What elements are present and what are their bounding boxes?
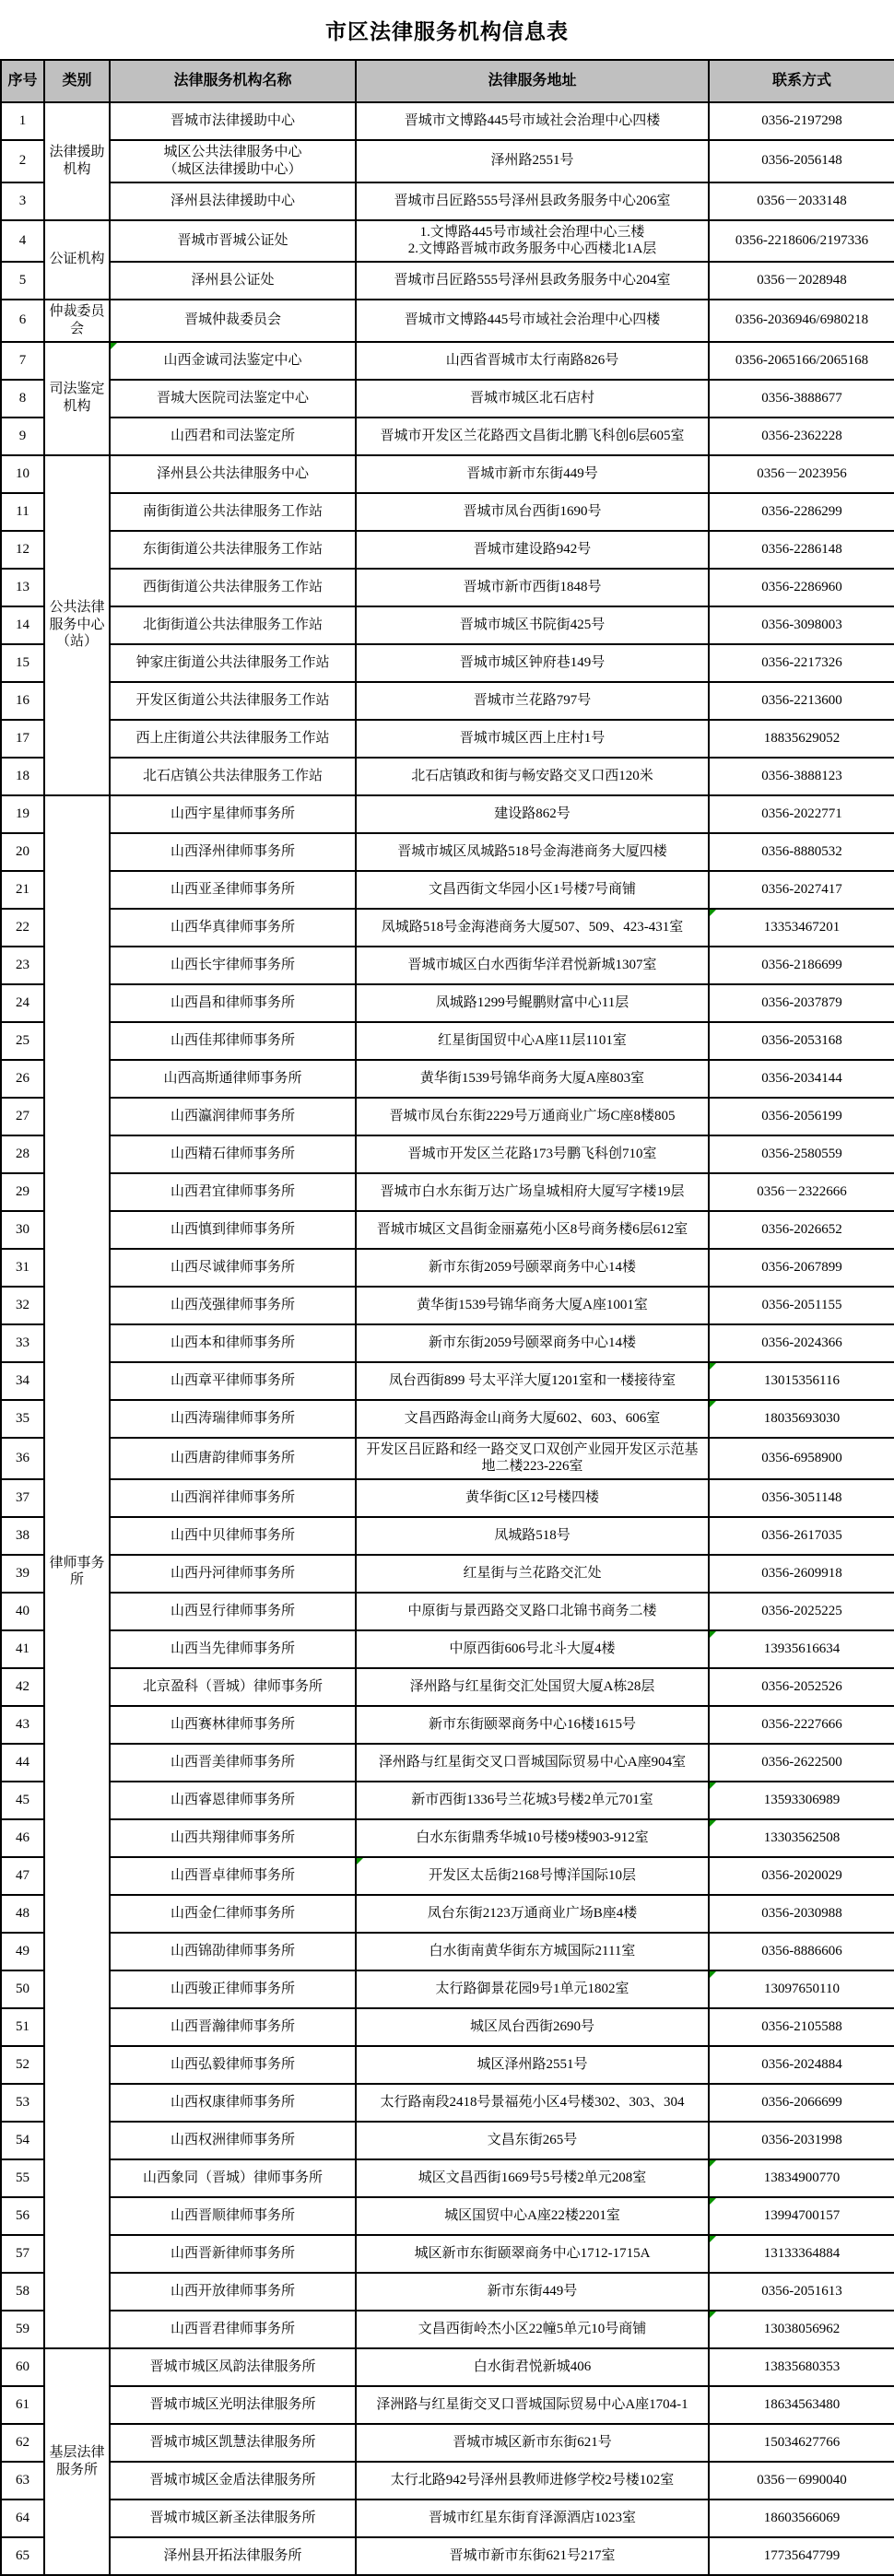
- cell-no: 64: [1, 2500, 44, 2537]
- cell-address: 新市东街449号: [356, 2273, 709, 2311]
- table-row: 44山西晋美律师事务所泽州路与红星街交叉口晋城国际贸易中心A座904室0356-…: [1, 1744, 894, 1782]
- cell-name: 山西晋顺律师事务所: [110, 2197, 356, 2235]
- green-corner-marker: [357, 1858, 363, 1864]
- cell-address: 开发区太岳街2168号博洋国际10层: [356, 1857, 709, 1895]
- cell-address: 泽州路与红星街交汇处国贸大厦A栋28层: [356, 1668, 709, 1706]
- cell-address: 泽洲路与红星街交叉口晋城国际贸易中心A座1704-1: [356, 2386, 709, 2424]
- cell-address: 晋城市新市西街1848号: [356, 569, 709, 606]
- cell-phone: 0356-2031998: [709, 2122, 894, 2159]
- cell-phone: 0356-8886606: [709, 1933, 894, 1970]
- table-row: 55山西象同（晋城）律师事务所城区文昌西街1669号5号楼2单元208室1383…: [1, 2159, 894, 2197]
- cell-address: 晋城市凤台东街2229号万通商业广场C座8楼805: [356, 1098, 709, 1135]
- table-row: 64晋城市城区新圣法律服务所晋城市红星东街育泽源酒店1023室186035660…: [1, 2500, 894, 2537]
- col-header-address: 法律服务地址: [356, 60, 709, 102]
- cell-name: 山西瀛润律师事务所: [110, 1098, 356, 1135]
- table-row: 17西上庄街道公共法律服务工作站晋城市城区西上庄村1号18835629052: [1, 720, 894, 758]
- cell-phone: 18035693030: [709, 1400, 894, 1438]
- cell-name: 西上庄街道公共法律服务工作站: [110, 720, 356, 758]
- cell-address: 新市东街2059号颐翠商务中心14楼: [356, 1324, 709, 1362]
- cell-no: 35: [1, 1400, 44, 1438]
- cell-address: 晋城市开发区兰花路173号鹏飞科创710室: [356, 1135, 709, 1173]
- cell-no: 62: [1, 2424, 44, 2462]
- cell-name: 北街街道公共法律服务工作站: [110, 606, 356, 644]
- cell-address: 晋城市红星东街育泽源酒店1023室: [356, 2500, 709, 2537]
- cell-name: 山西权洲律师事务所: [110, 2122, 356, 2159]
- table-row: 15钟家庄街道公共法律服务工作站晋城市城区钟府巷149号0356-2217326: [1, 644, 894, 682]
- cell-phone: 18835629052: [709, 720, 894, 758]
- cell-category: 仲裁委员会: [44, 300, 110, 342]
- green-corner-marker: [710, 2311, 716, 2318]
- cell-no: 30: [1, 1211, 44, 1249]
- cell-no: 55: [1, 2159, 44, 2197]
- green-corner-marker: [710, 2160, 716, 2167]
- cell-no: 21: [1, 871, 44, 909]
- cell-no: 10: [1, 455, 44, 493]
- cell-no: 63: [1, 2462, 44, 2500]
- cell-category: 公证机构: [44, 220, 110, 300]
- table-row: 29山西君宜律师事务所晋城市白水东街万达广场皇城相府大厦写字楼19层0356－2…: [1, 1173, 894, 1211]
- table-body: 1法律援助机构晋城市法律援助中心晋城市文博路445号市域社会治理中心四楼0356…: [1, 102, 894, 2575]
- cell-phone: 0356-2213600: [709, 682, 894, 720]
- cell-no: 9: [1, 418, 44, 455]
- cell-category: 律师事务所: [44, 795, 110, 2349]
- col-header-no: 序号: [1, 60, 44, 102]
- cell-name: 山西金仁律师事务所: [110, 1895, 356, 1933]
- cell-no: 54: [1, 2122, 44, 2159]
- cell-no: 46: [1, 1819, 44, 1857]
- cell-no: 56: [1, 2197, 44, 2235]
- green-corner-marker: [710, 1782, 716, 1789]
- table-row: 27山西瀛润律师事务所晋城市凤台东街2229号万通商业广场C座8楼8050356…: [1, 1098, 894, 1135]
- cell-address: 城区泽州路2551号: [356, 2046, 709, 2084]
- cell-name: 泽州县公证处: [110, 262, 356, 300]
- table-row: 34山西章平律师事务所凤台西街899 号太平洋大厦1201室和一楼接待室1301…: [1, 1362, 894, 1400]
- cell-address: 凤台西街899 号太平洋大厦1201室和一楼接待室: [356, 1362, 709, 1400]
- cell-phone: 18634563480: [709, 2386, 894, 2424]
- cell-phone: 0356-2056199: [709, 1098, 894, 1135]
- cell-name: 北石店镇公共法律服务工作站: [110, 758, 356, 795]
- table-row: 22山西华真律师事务所凤城路518号金海港商务大厦507、509、423-431…: [1, 909, 894, 947]
- cell-no: 2: [1, 140, 44, 182]
- cell-phone: 13593306989: [709, 1782, 894, 1819]
- table-row: 42北京盈科（晋城）律师事务所泽州路与红星街交汇处国贸大厦A栋28层0356-2…: [1, 1668, 894, 1706]
- cell-address: 晋城市兰花路797号: [356, 682, 709, 720]
- table-row: 28山西精石律师事务所晋城市开发区兰花路173号鹏飞科创710室0356-258…: [1, 1135, 894, 1173]
- cell-phone: 0356-2227666: [709, 1706, 894, 1744]
- table-row: 45山西睿恩律师事务所新市西街1336号兰花城3号楼2单元701室1359330…: [1, 1782, 894, 1819]
- cell-name: 山西晋美律师事务所: [110, 1744, 356, 1782]
- cell-no: 27: [1, 1098, 44, 1135]
- table-row: 36山西唐韵律师事务所开发区吕匠路和经一路交叉口双创产业园开发区示范基地二楼22…: [1, 1438, 894, 1480]
- cell-no: 61: [1, 2386, 44, 2424]
- cell-phone: 0356-2286148: [709, 531, 894, 569]
- cell-address: 晋城市吕匠路555号泽州县政务服务中心206室: [356, 182, 709, 220]
- cell-phone: 13353467201: [709, 909, 894, 947]
- cell-no: 17: [1, 720, 44, 758]
- cell-name: 开发区街道公共法律服务工作站: [110, 682, 356, 720]
- cell-no: 28: [1, 1135, 44, 1173]
- cell-phone: 0356-2034144: [709, 1060, 894, 1098]
- cell-name: 山西君和司法鉴定所: [110, 418, 356, 455]
- cell-name: 晋城市城区光明法律服务所: [110, 2386, 356, 2424]
- cell-address: 晋城市凤台西街1690号: [356, 493, 709, 531]
- cell-no: 33: [1, 1324, 44, 1362]
- table-row: 58山西开放律师事务所新市东街449号0356-2051613: [1, 2273, 894, 2311]
- cell-no: 59: [1, 2311, 44, 2348]
- cell-name: 南街街道公共法律服务工作站: [110, 493, 356, 531]
- cell-address: 晋城市城区凤城路518号金海港商务大厦四楼: [356, 833, 709, 871]
- cell-phone: 0356-6958900: [709, 1438, 894, 1480]
- cell-name: 山西长宇律师事务所: [110, 947, 356, 984]
- table-row: 41山西当先律师事务所中原西街606号北斗大厦4楼13935616634: [1, 1630, 894, 1668]
- cell-address: 晋城市新市东街621号217室: [356, 2537, 709, 2575]
- legal-services-table: 序号 类别 法律服务机构名称 法律服务地址 联系方式 1法律援助机构晋城市法律援…: [0, 59, 894, 2576]
- table-row: 25山西佳邦律师事务所红星街国贸中心A座11层1101室0356-2053168: [1, 1022, 894, 1060]
- cell-name: 山西共翔律师事务所: [110, 1819, 356, 1857]
- cell-address: 黄华街1539号锦华商务大厦A座1001室: [356, 1287, 709, 1324]
- table-row: 39山西丹河律师事务所红星街与兰花路交汇处0356-2609918: [1, 1555, 894, 1593]
- table-row: 48山西金仁律师事务所凤台东街2123万通商业广场B座4楼0356-203098…: [1, 1895, 894, 1933]
- cell-address: 太行北路942号泽州县教师进修学校2号楼102室: [356, 2462, 709, 2500]
- green-corner-marker: [710, 2236, 716, 2242]
- table-row: 43山西赛林律师事务所新市东街颐翠商务中心16楼1615号0356-222766…: [1, 1706, 894, 1744]
- table-row: 16开发区街道公共法律服务工作站晋城市兰花路797号0356-2213600: [1, 682, 894, 720]
- cell-phone: 13834900770: [709, 2159, 894, 2197]
- cell-no: 1: [1, 102, 44, 140]
- cell-address: 城区文昌西街1669号5号楼2单元208室: [356, 2159, 709, 2197]
- cell-name: 山西宇星律师事务所: [110, 795, 356, 833]
- cell-address: 1.文博路445号市域社会治理中心三楼 2.文博路晋城市政务服务中心西楼北1A层: [356, 220, 709, 263]
- cell-address: 黄华街1539号锦华商务大厦A座803室: [356, 1060, 709, 1098]
- table-row: 10公共法律服务中心（站）泽州县公共法律服务中心晋城市新市东街449号0356－…: [1, 455, 894, 493]
- table-row: 18北石店镇公共法律服务工作站北石店镇政和街与畅安路交叉口西120米0356-3…: [1, 758, 894, 795]
- green-corner-marker: [710, 1401, 716, 1407]
- cell-address: 晋城市城区文昌街金丽嘉苑小区8号商务楼6层612室: [356, 1211, 709, 1249]
- cell-phone: 0356-2051613: [709, 2273, 894, 2311]
- cell-name: 山西茂强律师事务所: [110, 1287, 356, 1324]
- table-row: 62晋城市城区凯慧法律服务所晋城市城区新市东街621号15034627766: [1, 2424, 894, 2462]
- table-row: 9山西君和司法鉴定所晋城市开发区兰花路西文昌街北鹏飞科创6层605室0356-2…: [1, 418, 894, 455]
- cell-address: 新市西街1336号兰花城3号楼2单元701室: [356, 1782, 709, 1819]
- cell-no: 4: [1, 220, 44, 263]
- cell-no: 39: [1, 1555, 44, 1593]
- cell-no: 7: [1, 342, 44, 380]
- cell-name: 山西象同（晋城）律师事务所: [110, 2159, 356, 2197]
- cell-no: 12: [1, 531, 44, 569]
- cell-phone: 0356-2027417: [709, 871, 894, 909]
- cell-phone: 0356－2023956: [709, 455, 894, 493]
- cell-phone: 0356-2036946/6980218: [709, 300, 894, 342]
- cell-name: 山西昌和律师事务所: [110, 984, 356, 1022]
- table-row: 11南街街道公共法律服务工作站晋城市凤台西街1690号0356-2286299: [1, 493, 894, 531]
- cell-no: 48: [1, 1895, 44, 1933]
- cell-phone: 0356-2617035: [709, 1517, 894, 1555]
- table-row: 7司法鉴定机构山西金诚司法鉴定中心山西省晋城市太行南路826号0356-2065…: [1, 342, 894, 380]
- cell-name: 山西开放律师事务所: [110, 2273, 356, 2311]
- table-row: 4公证机构晋城市晋城公证处1.文博路445号市域社会治理中心三楼 2.文博路晋城…: [1, 220, 894, 263]
- cell-address: 山西省晋城市太行南路826号: [356, 342, 709, 380]
- cell-phone: 0356-2037879: [709, 984, 894, 1022]
- cell-address: 凤城路518号: [356, 1517, 709, 1555]
- cell-address: 黄华街C区12号楼四楼: [356, 1479, 709, 1517]
- cell-address: 晋城市城区西上庄村1号: [356, 720, 709, 758]
- col-header-phone: 联系方式: [709, 60, 894, 102]
- cell-no: 16: [1, 682, 44, 720]
- cell-phone: 0356-2024884: [709, 2046, 894, 2084]
- cell-phone: 18603566069: [709, 2500, 894, 2537]
- table-row: 63晋城市城区金盾法律服务所太行北路942号泽州县教师进修学校2号楼102室03…: [1, 2462, 894, 2500]
- cell-no: 32: [1, 1287, 44, 1324]
- table-row: 33山西本和律师事务所新市东街2059号颐翠商务中心14楼0356-202436…: [1, 1324, 894, 1362]
- cell-name: 山西亚圣律师事务所: [110, 871, 356, 909]
- cell-no: 25: [1, 1022, 44, 1060]
- cell-phone: 0356-2025225: [709, 1593, 894, 1630]
- table-row: 57山西晋新律师事务所城区新市东街颐翠商务中心1712-1715A1313336…: [1, 2235, 894, 2273]
- cell-address: 红星街与兰花路交汇处: [356, 1555, 709, 1593]
- cell-no: 29: [1, 1173, 44, 1211]
- cell-no: 8: [1, 380, 44, 418]
- cell-no: 53: [1, 2084, 44, 2122]
- cell-name: 北京盈科（晋城）律师事务所: [110, 1668, 356, 1706]
- table-row: 35山西涛瑞律师事务所文昌西路海金山商务大厦602、603、606室180356…: [1, 1400, 894, 1438]
- col-header-category: 类别: [44, 60, 110, 102]
- cell-phone: 0356－2033148: [709, 182, 894, 220]
- green-corner-marker: [710, 1363, 716, 1370]
- cell-name: 山西中贝律师事务所: [110, 1517, 356, 1555]
- cell-phone: 0356-2052526: [709, 1668, 894, 1706]
- table-row: 38山西中贝律师事务所凤城路518号0356-2617035: [1, 1517, 894, 1555]
- document-page: 市区法律服务机构信息表 序号 类别 法律服务机构名称 法律服务地址 联系方式 1…: [0, 0, 894, 2576]
- cell-phone: 0356-3051148: [709, 1479, 894, 1517]
- cell-address: 城区凤台西街2690号: [356, 2008, 709, 2046]
- cell-phone: 13038056962: [709, 2311, 894, 2348]
- cell-no: 60: [1, 2348, 44, 2386]
- cell-no: 49: [1, 1933, 44, 1970]
- cell-address: 文昌西街岭杰小区22幢5单元10号商铺: [356, 2311, 709, 2348]
- cell-phone: 0356-2053168: [709, 1022, 894, 1060]
- cell-name: 晋城市城区金盾法律服务所: [110, 2462, 356, 2500]
- cell-name: 山西骏正律师事务所: [110, 1970, 356, 2008]
- cell-no: 6: [1, 300, 44, 342]
- cell-phone: 13835680353: [709, 2348, 894, 2386]
- cell-no: 45: [1, 1782, 44, 1819]
- cell-address: 城区新市东街颐翠商务中心1712-1715A: [356, 2235, 709, 2273]
- cell-name: 山西金诚司法鉴定中心: [110, 342, 356, 380]
- cell-name: 山西章平律师事务所: [110, 1362, 356, 1400]
- cell-name: 山西弘毅律师事务所: [110, 2046, 356, 2084]
- table-row: 6仲裁委员会晋城仲裁委员会晋城市文博路445号市域社会治理中心四楼0356-20…: [1, 300, 894, 342]
- cell-name: 晋城市城区凤韵法律服务所: [110, 2348, 356, 2386]
- table-row: 24山西昌和律师事务所凤城路1299号鲲鹏财富中心11层0356-2037879: [1, 984, 894, 1022]
- cell-name: 山西唐韵律师事务所: [110, 1438, 356, 1480]
- cell-address: 白水街君悦新城406: [356, 2348, 709, 2386]
- green-corner-marker: [111, 343, 117, 349]
- cell-phone: 0356-2066699: [709, 2084, 894, 2122]
- cell-phone: 0356-8880532: [709, 833, 894, 871]
- cell-phone: 0356-2217326: [709, 644, 894, 682]
- green-corner-marker: [710, 1971, 716, 1978]
- table-row: 2城区公共法律服务中心 （城区法律援助中心）泽州路2551号0356-20561…: [1, 140, 894, 182]
- cell-no: 13: [1, 569, 44, 606]
- table-row: 37山西润祥律师事务所黄华街C区12号楼四楼0356-3051148: [1, 1479, 894, 1517]
- table-row: 13西街街道公共法律服务工作站晋城市新市西街1848号0356-2286960: [1, 569, 894, 606]
- cell-address: 新市东街2059号颐翠商务中心14楼: [356, 1249, 709, 1287]
- cell-phone: 13935616634: [709, 1630, 894, 1668]
- cell-no: 43: [1, 1706, 44, 1744]
- cell-address: 晋城市城区钟府巷149号: [356, 644, 709, 682]
- cell-phone: 0356-3888677: [709, 380, 894, 418]
- green-corner-marker: [710, 1820, 716, 1827]
- table-row: 31山西尽诚律师事务所新市东街2059号颐翠商务中心14楼0356-206789…: [1, 1249, 894, 1287]
- table-row: 8晋城大医院司法鉴定中心晋城市城区北石店村0356-3888677: [1, 380, 894, 418]
- cell-address: 晋城市城区新市东街621号: [356, 2424, 709, 2462]
- header-row: 序号 类别 法律服务机构名称 法律服务地址 联系方式: [1, 60, 894, 102]
- cell-name: 山西晋君律师事务所: [110, 2311, 356, 2348]
- cell-name: 山西润祥律师事务所: [110, 1479, 356, 1517]
- cell-name: 山西晋瀚律师事务所: [110, 2008, 356, 2046]
- cell-name: 城区公共法律服务中心 （城区法律援助中心）: [110, 140, 356, 182]
- table-row: 1法律援助机构晋城市法律援助中心晋城市文博路445号市域社会治理中心四楼0356…: [1, 102, 894, 140]
- cell-phone: 0356-2056148: [709, 140, 894, 182]
- cell-phone: 13133364884: [709, 2235, 894, 2273]
- cell-address: 泽州路与红星街交叉口晋城国际贸易中心A座904室: [356, 1744, 709, 1782]
- cell-no: 23: [1, 947, 44, 984]
- cell-name: 西街街道公共法律服务工作站: [110, 569, 356, 606]
- cell-address: 白水街南黄华街东方城国际2111室: [356, 1933, 709, 1970]
- table-row: 19律师事务所山西宇星律师事务所建设路862号0356-2022771: [1, 795, 894, 833]
- cell-no: 44: [1, 1744, 44, 1782]
- table-row: 32山西茂强律师事务所黄华街1539号锦华商务大厦A座1001室0356-205…: [1, 1287, 894, 1324]
- cell-name: 山西本和律师事务所: [110, 1324, 356, 1362]
- cell-address: 晋城市开发区兰花路西文昌街北鹏飞科创6层605室: [356, 418, 709, 455]
- table-row: 20山西泽州律师事务所晋城市城区凤城路518号金海港商务大厦四楼0356-888…: [1, 833, 894, 871]
- cell-name: 山西睿恩律师事务所: [110, 1782, 356, 1819]
- cell-name: 山西锦劭律师事务所: [110, 1933, 356, 1970]
- cell-category: 司法鉴定机构: [44, 342, 110, 455]
- cell-no: 5: [1, 262, 44, 300]
- cell-name: 山西丹河律师事务所: [110, 1555, 356, 1593]
- cell-phone: 0356-2026652: [709, 1211, 894, 1249]
- cell-category: 法律援助机构: [44, 102, 110, 220]
- cell-address: 凤城路1299号鲲鹏财富中心11层: [356, 984, 709, 1022]
- cell-name: 东街街道公共法律服务工作站: [110, 531, 356, 569]
- cell-address: 凤城路518号金海港商务大厦507、509、423-431室: [356, 909, 709, 947]
- cell-phone: 0356-2580559: [709, 1135, 894, 1173]
- cell-no: 34: [1, 1362, 44, 1400]
- cell-phone: 0356-2051155: [709, 1287, 894, 1324]
- table-row: 23山西长宇律师事务所晋城市城区白水西街华洋君悦新城1307室0356-2186…: [1, 947, 894, 984]
- table-row: 53山西权康律师事务所太行路南段2418号景福苑小区4号楼302、303、304…: [1, 2084, 894, 2122]
- cell-address: 文昌西路海金山商务大厦602、603、606室: [356, 1400, 709, 1438]
- cell-phone: 0356-2609918: [709, 1555, 894, 1593]
- table-row: 5泽州县公证处晋城市吕匠路555号泽州县政务服务中心204室0356－20289…: [1, 262, 894, 300]
- cell-phone: 0356-2020029: [709, 1857, 894, 1895]
- cell-address: 晋城市吕匠路555号泽州县政务服务中心204室: [356, 262, 709, 300]
- cell-address: 红星街国贸中心A座11层1101室: [356, 1022, 709, 1060]
- cell-no: 26: [1, 1060, 44, 1098]
- green-corner-marker: [710, 1631, 716, 1638]
- cell-name: 山西晋新律师事务所: [110, 2235, 356, 2273]
- cell-no: 24: [1, 984, 44, 1022]
- cell-name: 山西精石律师事务所: [110, 1135, 356, 1173]
- table-row: 14北街街道公共法律服务工作站晋城市城区书院街425号0356-3098003: [1, 606, 894, 644]
- cell-phone: 0356-2197298: [709, 102, 894, 140]
- table-row: 65泽州县开拓法律服务所晋城市新市东街621号217室17735647799: [1, 2537, 894, 2575]
- cell-phone: 0356-2286960: [709, 569, 894, 606]
- cell-name: 山西权康律师事务所: [110, 2084, 356, 2122]
- table-row: 61晋城市城区光明法律服务所泽洲路与红星街交叉口晋城国际贸易中心A座1704-1…: [1, 2386, 894, 2424]
- cell-address: 中原西街606号北斗大厦4楼: [356, 1630, 709, 1668]
- cell-no: 19: [1, 795, 44, 833]
- cell-address: 晋城市城区书院街425号: [356, 606, 709, 644]
- cell-name: 晋城市法律援助中心: [110, 102, 356, 140]
- cell-name: 泽州县法律援助中心: [110, 182, 356, 220]
- cell-no: 22: [1, 909, 44, 947]
- cell-name: 山西君宜律师事务所: [110, 1173, 356, 1211]
- table-row: 47山西晋卓律师事务所开发区太岳街2168号博洋国际10层0356-202002…: [1, 1857, 894, 1895]
- cell-no: 36: [1, 1438, 44, 1480]
- cell-no: 38: [1, 1517, 44, 1555]
- cell-no: 42: [1, 1668, 44, 1706]
- cell-name: 山西昱行律师事务所: [110, 1593, 356, 1630]
- cell-address: 晋城市建设路942号: [356, 531, 709, 569]
- cell-no: 40: [1, 1593, 44, 1630]
- cell-phone: 13015356116: [709, 1362, 894, 1400]
- cell-name: 山西佳邦律师事务所: [110, 1022, 356, 1060]
- cell-category: 基层法律服务所: [44, 2348, 110, 2575]
- cell-address: 晋城市新市东街449号: [356, 455, 709, 493]
- cell-no: 65: [1, 2537, 44, 2575]
- cell-no: 58: [1, 2273, 44, 2311]
- cell-no: 3: [1, 182, 44, 220]
- table-row: 54山西权洲律师事务所文昌东街265号0356-2031998: [1, 2122, 894, 2159]
- cell-phone: 0356-3888123: [709, 758, 894, 795]
- table-row: 26山西高斯通律师事务所黄华街1539号锦华商务大厦A座803室0356-203…: [1, 1060, 894, 1098]
- cell-name: 山西涛瑞律师事务所: [110, 1400, 356, 1438]
- cell-no: 41: [1, 1630, 44, 1668]
- cell-address: 太行路御景花园9号1单元1802室: [356, 1970, 709, 2008]
- cell-no: 51: [1, 2008, 44, 2046]
- cell-phone: 0356－2028948: [709, 262, 894, 300]
- page-title: 市区法律服务机构信息表: [0, 0, 894, 59]
- cell-no: 20: [1, 833, 44, 871]
- cell-phone: 0356－2322666: [709, 1173, 894, 1211]
- table-row: 52山西弘毅律师事务所城区泽州路2551号0356-2024884: [1, 2046, 894, 2084]
- cell-address: 晋城市文博路445号市域社会治理中心四楼: [356, 300, 709, 342]
- cell-name: 晋城市晋城公证处: [110, 220, 356, 263]
- cell-name: 山西华真律师事务所: [110, 909, 356, 947]
- cell-no: 37: [1, 1479, 44, 1517]
- cell-no: 14: [1, 606, 44, 644]
- table-row: 59山西晋君律师事务所文昌西街岭杰小区22幢5单元10号商铺1303805696…: [1, 2311, 894, 2348]
- cell-phone: 15034627766: [709, 2424, 894, 2462]
- cell-address: 城区国贸中心A座22楼2201室: [356, 2197, 709, 2235]
- cell-name: 山西泽州律师事务所: [110, 833, 356, 871]
- table-row: 49山西锦劭律师事务所白水街南黄华街东方城国际2111室0356-8886606: [1, 1933, 894, 1970]
- cell-phone: 0356-2186699: [709, 947, 894, 984]
- cell-phone: 0356-3098003: [709, 606, 894, 644]
- cell-name: 山西赛林律师事务所: [110, 1706, 356, 1744]
- cell-phone: 0356-2218606/2197336: [709, 220, 894, 263]
- table-row: 50山西骏正律师事务所太行路御景花园9号1单元1802室13097650110: [1, 1970, 894, 2008]
- cell-name: 泽州县公共法律服务中心: [110, 455, 356, 493]
- cell-address: 晋城市白水东街万达广场皇城相府大厦写字楼19层: [356, 1173, 709, 1211]
- cell-address: 中原街与景西路交叉路口北锦书商务二楼: [356, 1593, 709, 1630]
- cell-phone: 0356－6990040: [709, 2462, 894, 2500]
- table-row: 12东街街道公共法律服务工作站晋城市建设路942号0356-2286148: [1, 531, 894, 569]
- cell-no: 31: [1, 1249, 44, 1287]
- cell-no: 18: [1, 758, 44, 795]
